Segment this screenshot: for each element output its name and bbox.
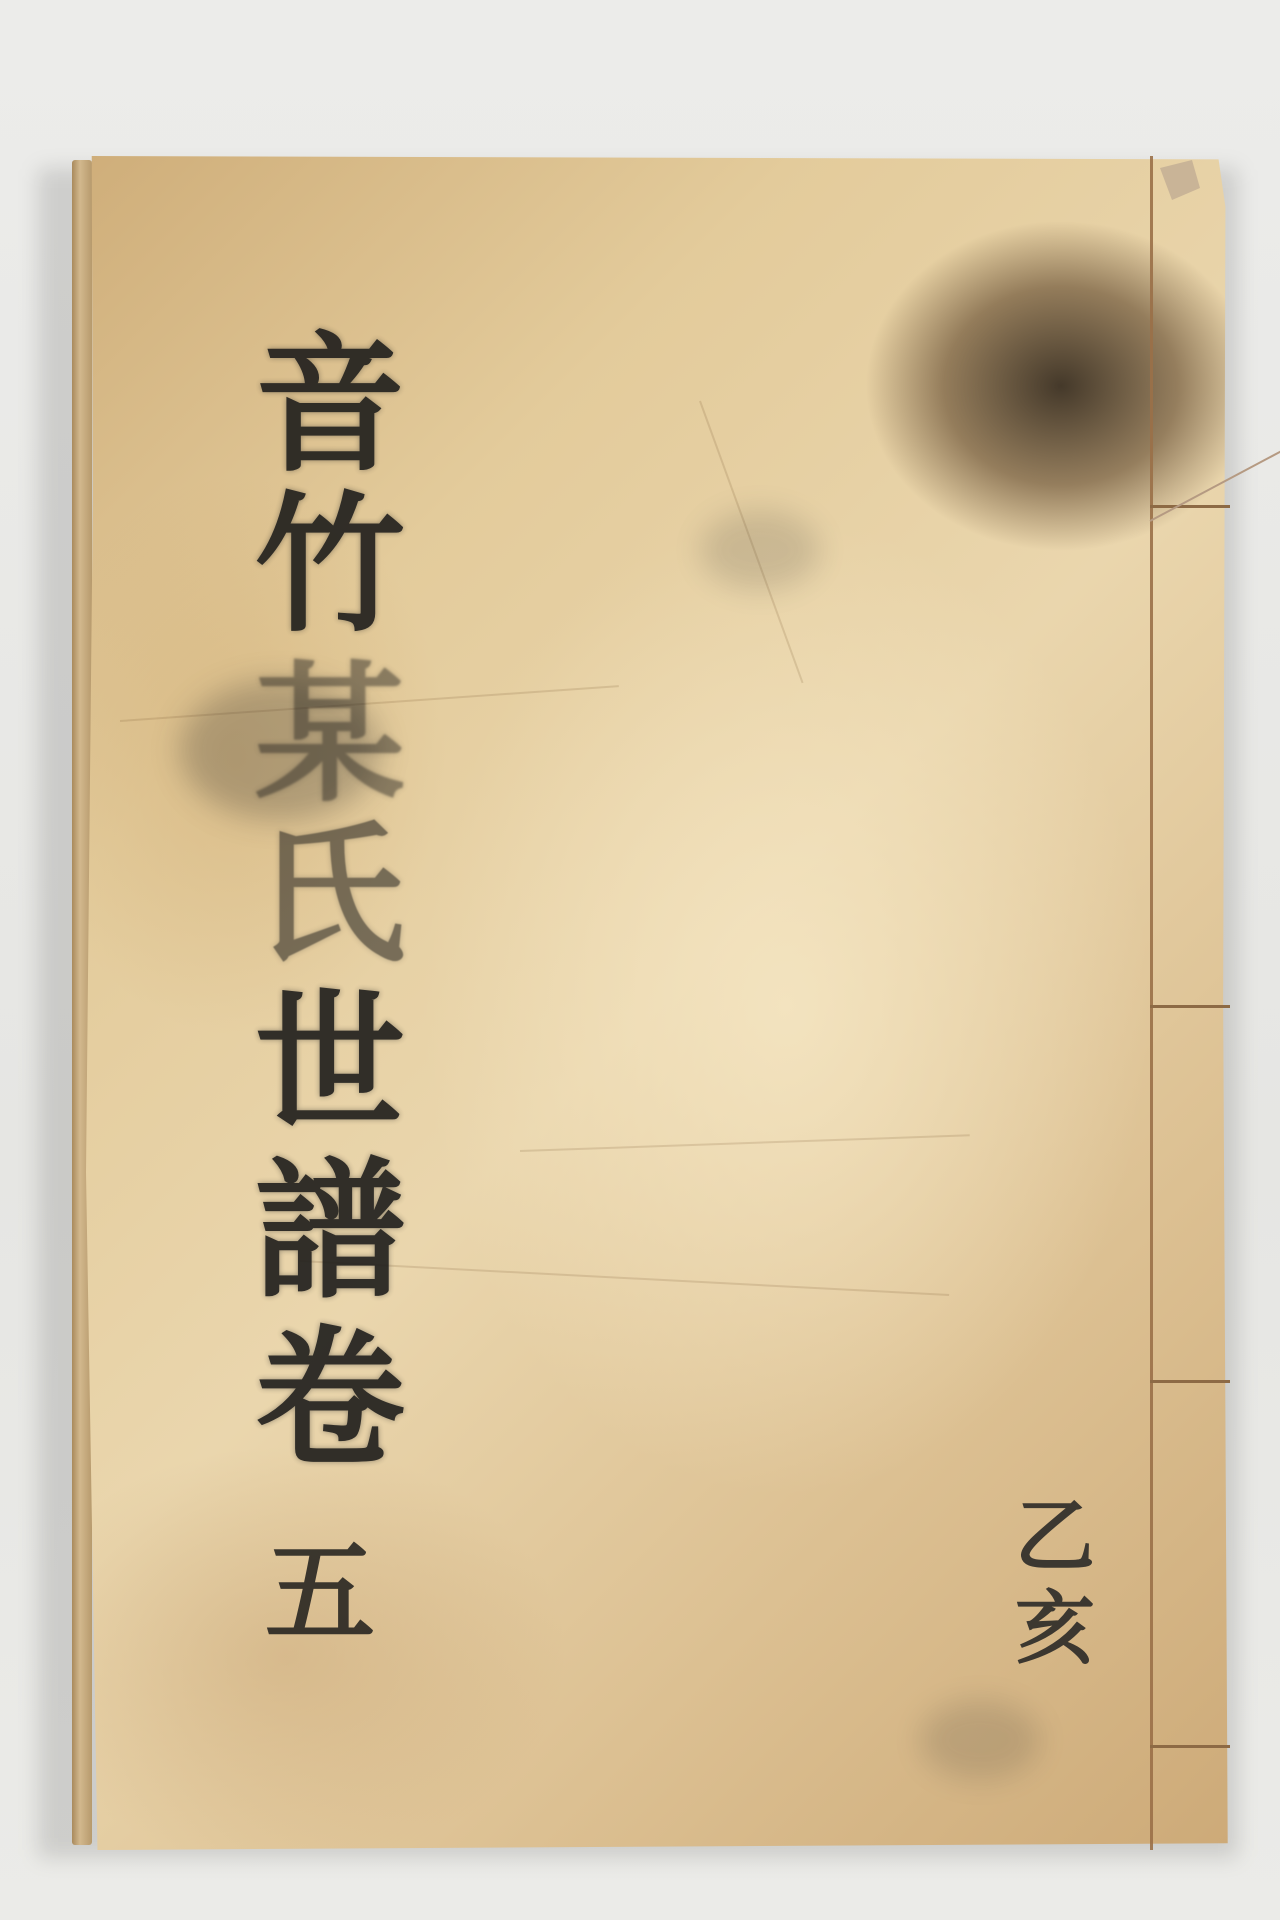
binding-stitch — [1150, 1380, 1230, 1383]
ink-smudge — [700, 510, 820, 590]
title-glyph: 氏 — [255, 820, 405, 970]
volume-number: 五 — [265, 1505, 375, 1663]
title-glyph: 譜 — [255, 1156, 405, 1306]
cover-title: 音 竹 某 氏 世 譜 卷 — [205, 330, 455, 1474]
date-glyph: 乙 — [1015, 1490, 1095, 1582]
title-glyph: 音 — [255, 330, 405, 480]
title-glyph: 某 — [255, 660, 405, 810]
binding-stitch — [1150, 1745, 1230, 1748]
binding-thread-vertical — [1150, 156, 1153, 1850]
cyclical-date: 乙 亥 — [1015, 1490, 1095, 1674]
binding-stitch — [1150, 505, 1230, 508]
title-glyph: 竹 — [255, 490, 405, 640]
ink-smudge — [920, 1700, 1040, 1780]
title-glyph: 世 — [255, 988, 405, 1138]
title-glyph: 卷 — [255, 1324, 405, 1474]
binding-stitch — [1150, 1005, 1230, 1008]
date-glyph: 亥 — [1015, 1582, 1095, 1674]
